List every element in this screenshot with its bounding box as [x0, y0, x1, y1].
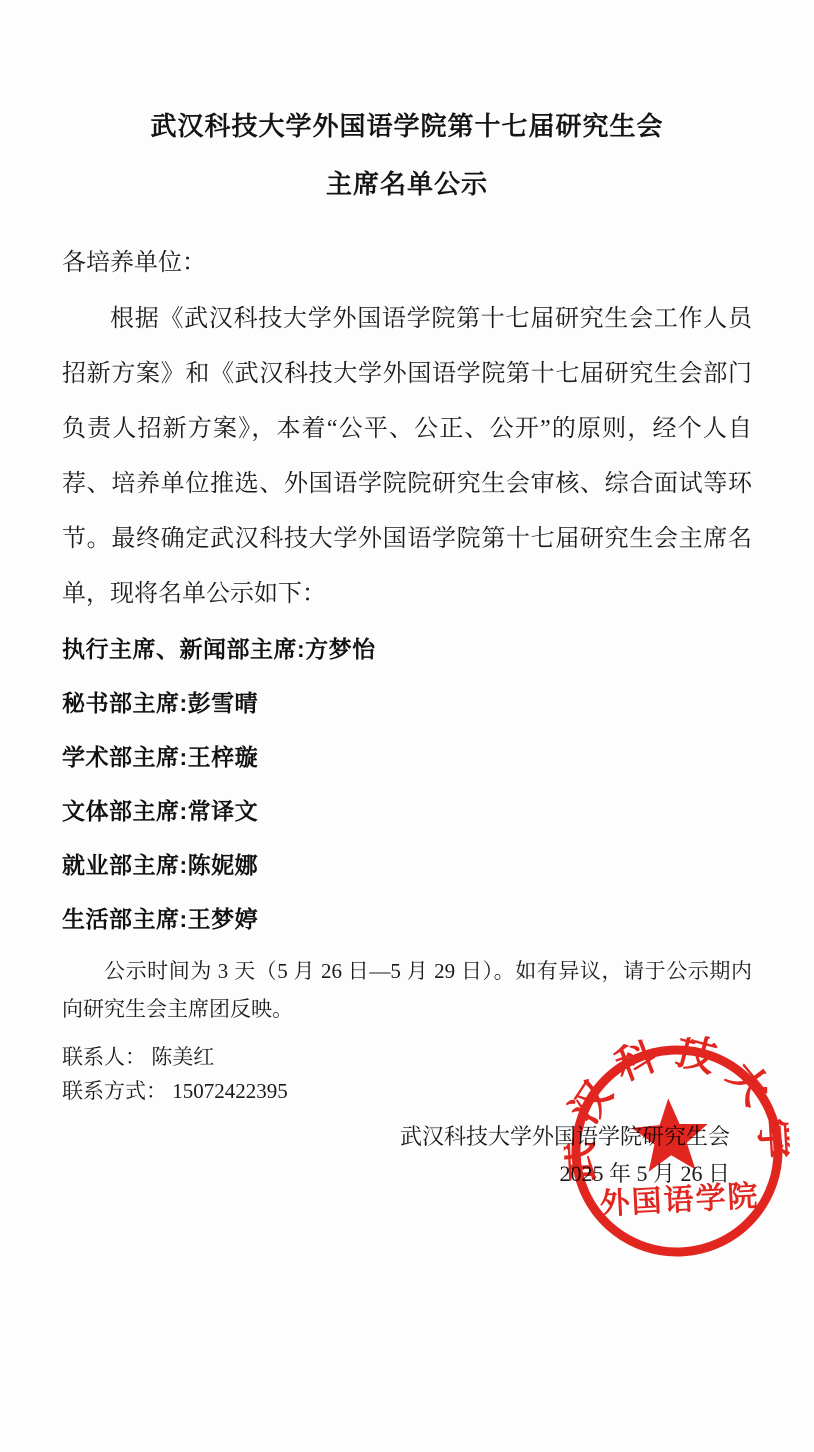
signature-date: 2025 年 5 月 26 日	[62, 1155, 730, 1192]
chair-list: 执行主席、新闻部主席:方梦怡 秘书部主席:彭雪晴 学术部主席:王梓璇 文体部主席…	[62, 622, 752, 946]
contact-method: 联系方式： 15072422395	[62, 1074, 752, 1108]
contact-person: 联系人： 陈美红	[62, 1040, 752, 1074]
signature-block: 武汉科技大学外国语学院研究生会 2025 年 5 月 26 日	[62, 1118, 752, 1192]
signature-org: 武汉科技大学外国语学院研究生会	[62, 1118, 730, 1155]
chair-list-item: 秘书部主席:彭雪晴	[62, 676, 752, 730]
document-page: 武汉科技大学外国语学院第十七届研究生会 主席名单公示 各培养单位： 根据《武汉科…	[0, 0, 814, 1452]
chair-list-item: 学术部主席:王梓璇	[62, 730, 752, 784]
contact-block: 联系人： 陈美红 联系方式： 15072422395	[62, 1040, 752, 1108]
salutation: 各培养单位：	[62, 248, 752, 278]
chair-list-item: 执行主席、新闻部主席:方梦怡	[62, 622, 752, 676]
document-title-line2: 主席名单公示	[62, 170, 752, 200]
chair-list-item: 生活部主席:王梦婷	[62, 892, 752, 946]
notice-paragraph: 公示时间为 3 天（5 月 26 日—5 月 29 日）。如有异议，请于公示期内…	[62, 952, 752, 1028]
body-paragraph: 根据《武汉科技大学外国语学院第十七届研究生会工作人员招新方案》和《武汉科技大学外…	[62, 292, 752, 622]
document-title-line1: 武汉科技大学外国语学院第十七届研究生会	[62, 112, 752, 142]
chair-list-item: 文体部主席:常译文	[62, 784, 752, 838]
chair-list-item: 就业部主席:陈妮娜	[62, 838, 752, 892]
